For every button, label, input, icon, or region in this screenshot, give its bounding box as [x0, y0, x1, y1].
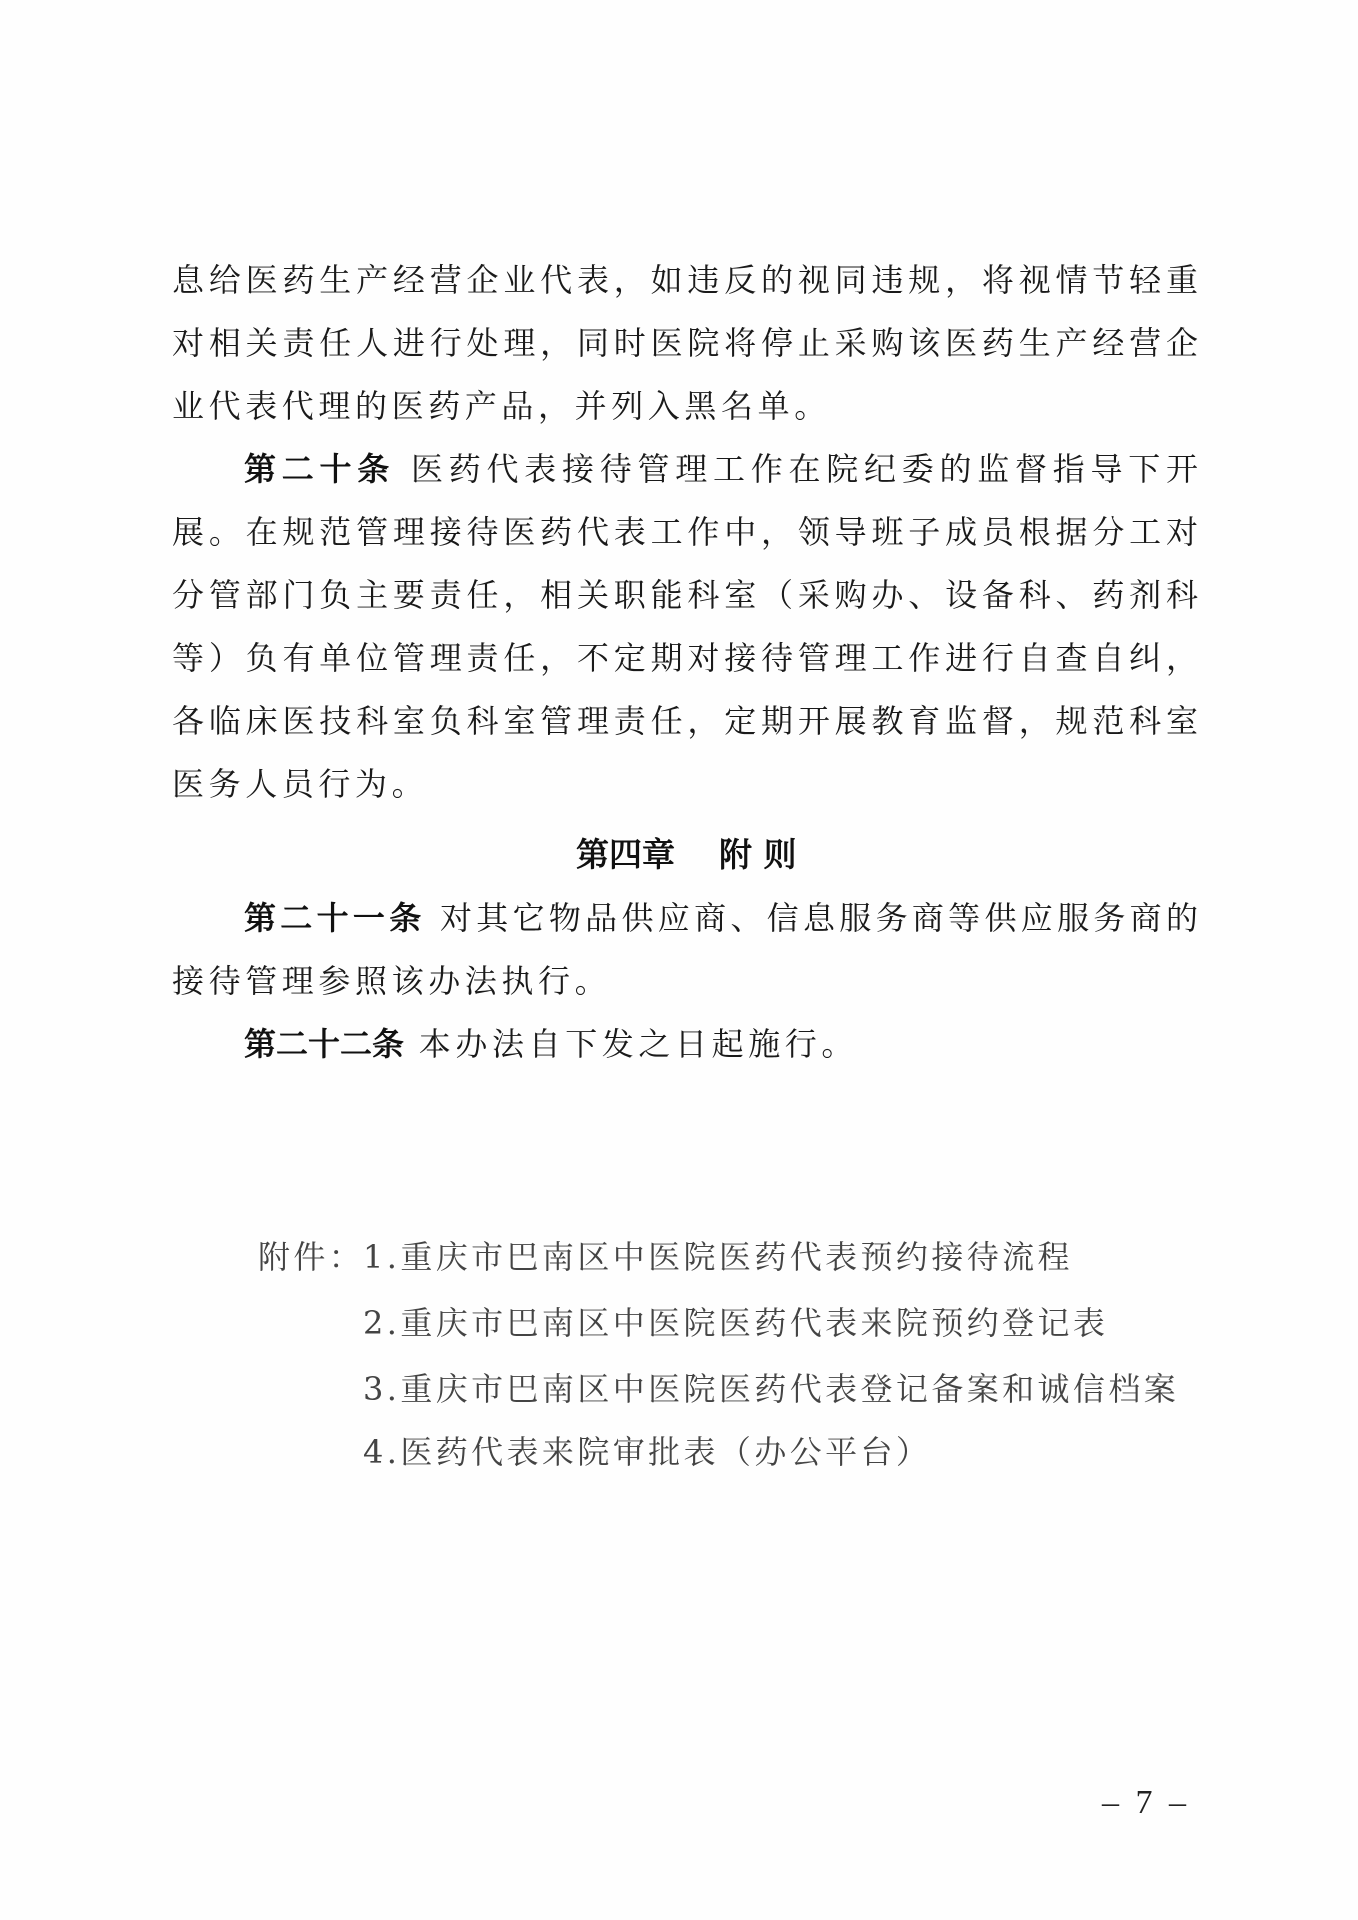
attachment-item: 2.重庆市巴南区中医院医药代表来院预约登记表 — [363, 1303, 1108, 1343]
article-text: 对其它物品供应商、信息服务商等供应服务商的 — [440, 899, 1198, 937]
attachment-item: 3.重庆市巴南区中医院医药代表登记备案和诚信档案 — [363, 1369, 1179, 1409]
body-line: 展。在规范管理接待医药代表工作中，领导班子成员根据分工对 — [172, 512, 1198, 552]
attachment-item: 1.重庆市巴南区中医院医药代表预约接待流程 — [363, 1237, 1073, 1277]
body-line: 对相关责任人进行处理，同时医院将停止采购该医药生产经营企 — [172, 323, 1198, 363]
article-label: 第二十一条 — [244, 899, 426, 937]
article-text: 本办法自下发之日起施行。 — [419, 1025, 858, 1063]
body-line: 分管部门负主要责任，相关职能科室（采购办、设备科、药剂科 — [172, 575, 1198, 615]
body-line: 业代表代理的医药产品，并列入黑名单。 — [172, 386, 831, 426]
attachment-item: 4.医药代表来院审批表（办公平台） — [363, 1432, 931, 1472]
article-label: 第二十条 — [244, 450, 395, 488]
article-text: 医药代表接待管理工作在院纪委的监督指导下开 — [411, 450, 1198, 488]
body-line: 等）负有单位管理责任，不定期对接待管理工作进行自查自纠， — [172, 638, 1198, 678]
chapter-heading: 第四章附 则 — [576, 835, 797, 875]
document-page: 息给医药生产经营企业代表，如违反的视同违规，将视情节轻重 对相关责任人进行处理，… — [0, 0, 1358, 1920]
article-20-first-line: 第二十条 医药代表接待管理工作在院纪委的监督指导下开 — [244, 449, 1198, 489]
article-21-first-line: 第二十一条 对其它物品供应商、信息服务商等供应服务商的 — [244, 898, 1198, 938]
body-line: 医务人员行为。 — [172, 764, 428, 804]
chapter-number: 第四章 — [576, 835, 675, 874]
chapter-title: 附 则 — [719, 835, 797, 874]
article-22-line: 第二十二条 本办法自下发之日起施行。 — [244, 1024, 858, 1064]
attachments-label: 附件： — [258, 1237, 364, 1277]
body-line: 息给医药生产经营企业代表，如违反的视同违规，将视情节轻重 — [172, 260, 1198, 300]
body-line: 接待管理参照该办法执行。 — [172, 961, 611, 1001]
page-number: – 7 – — [1102, 1783, 1186, 1823]
article-label: 第二十二条 — [244, 1025, 404, 1063]
body-line: 各临床医技科室负科室管理责任，定期开展教育监督，规范科室 — [172, 701, 1198, 741]
